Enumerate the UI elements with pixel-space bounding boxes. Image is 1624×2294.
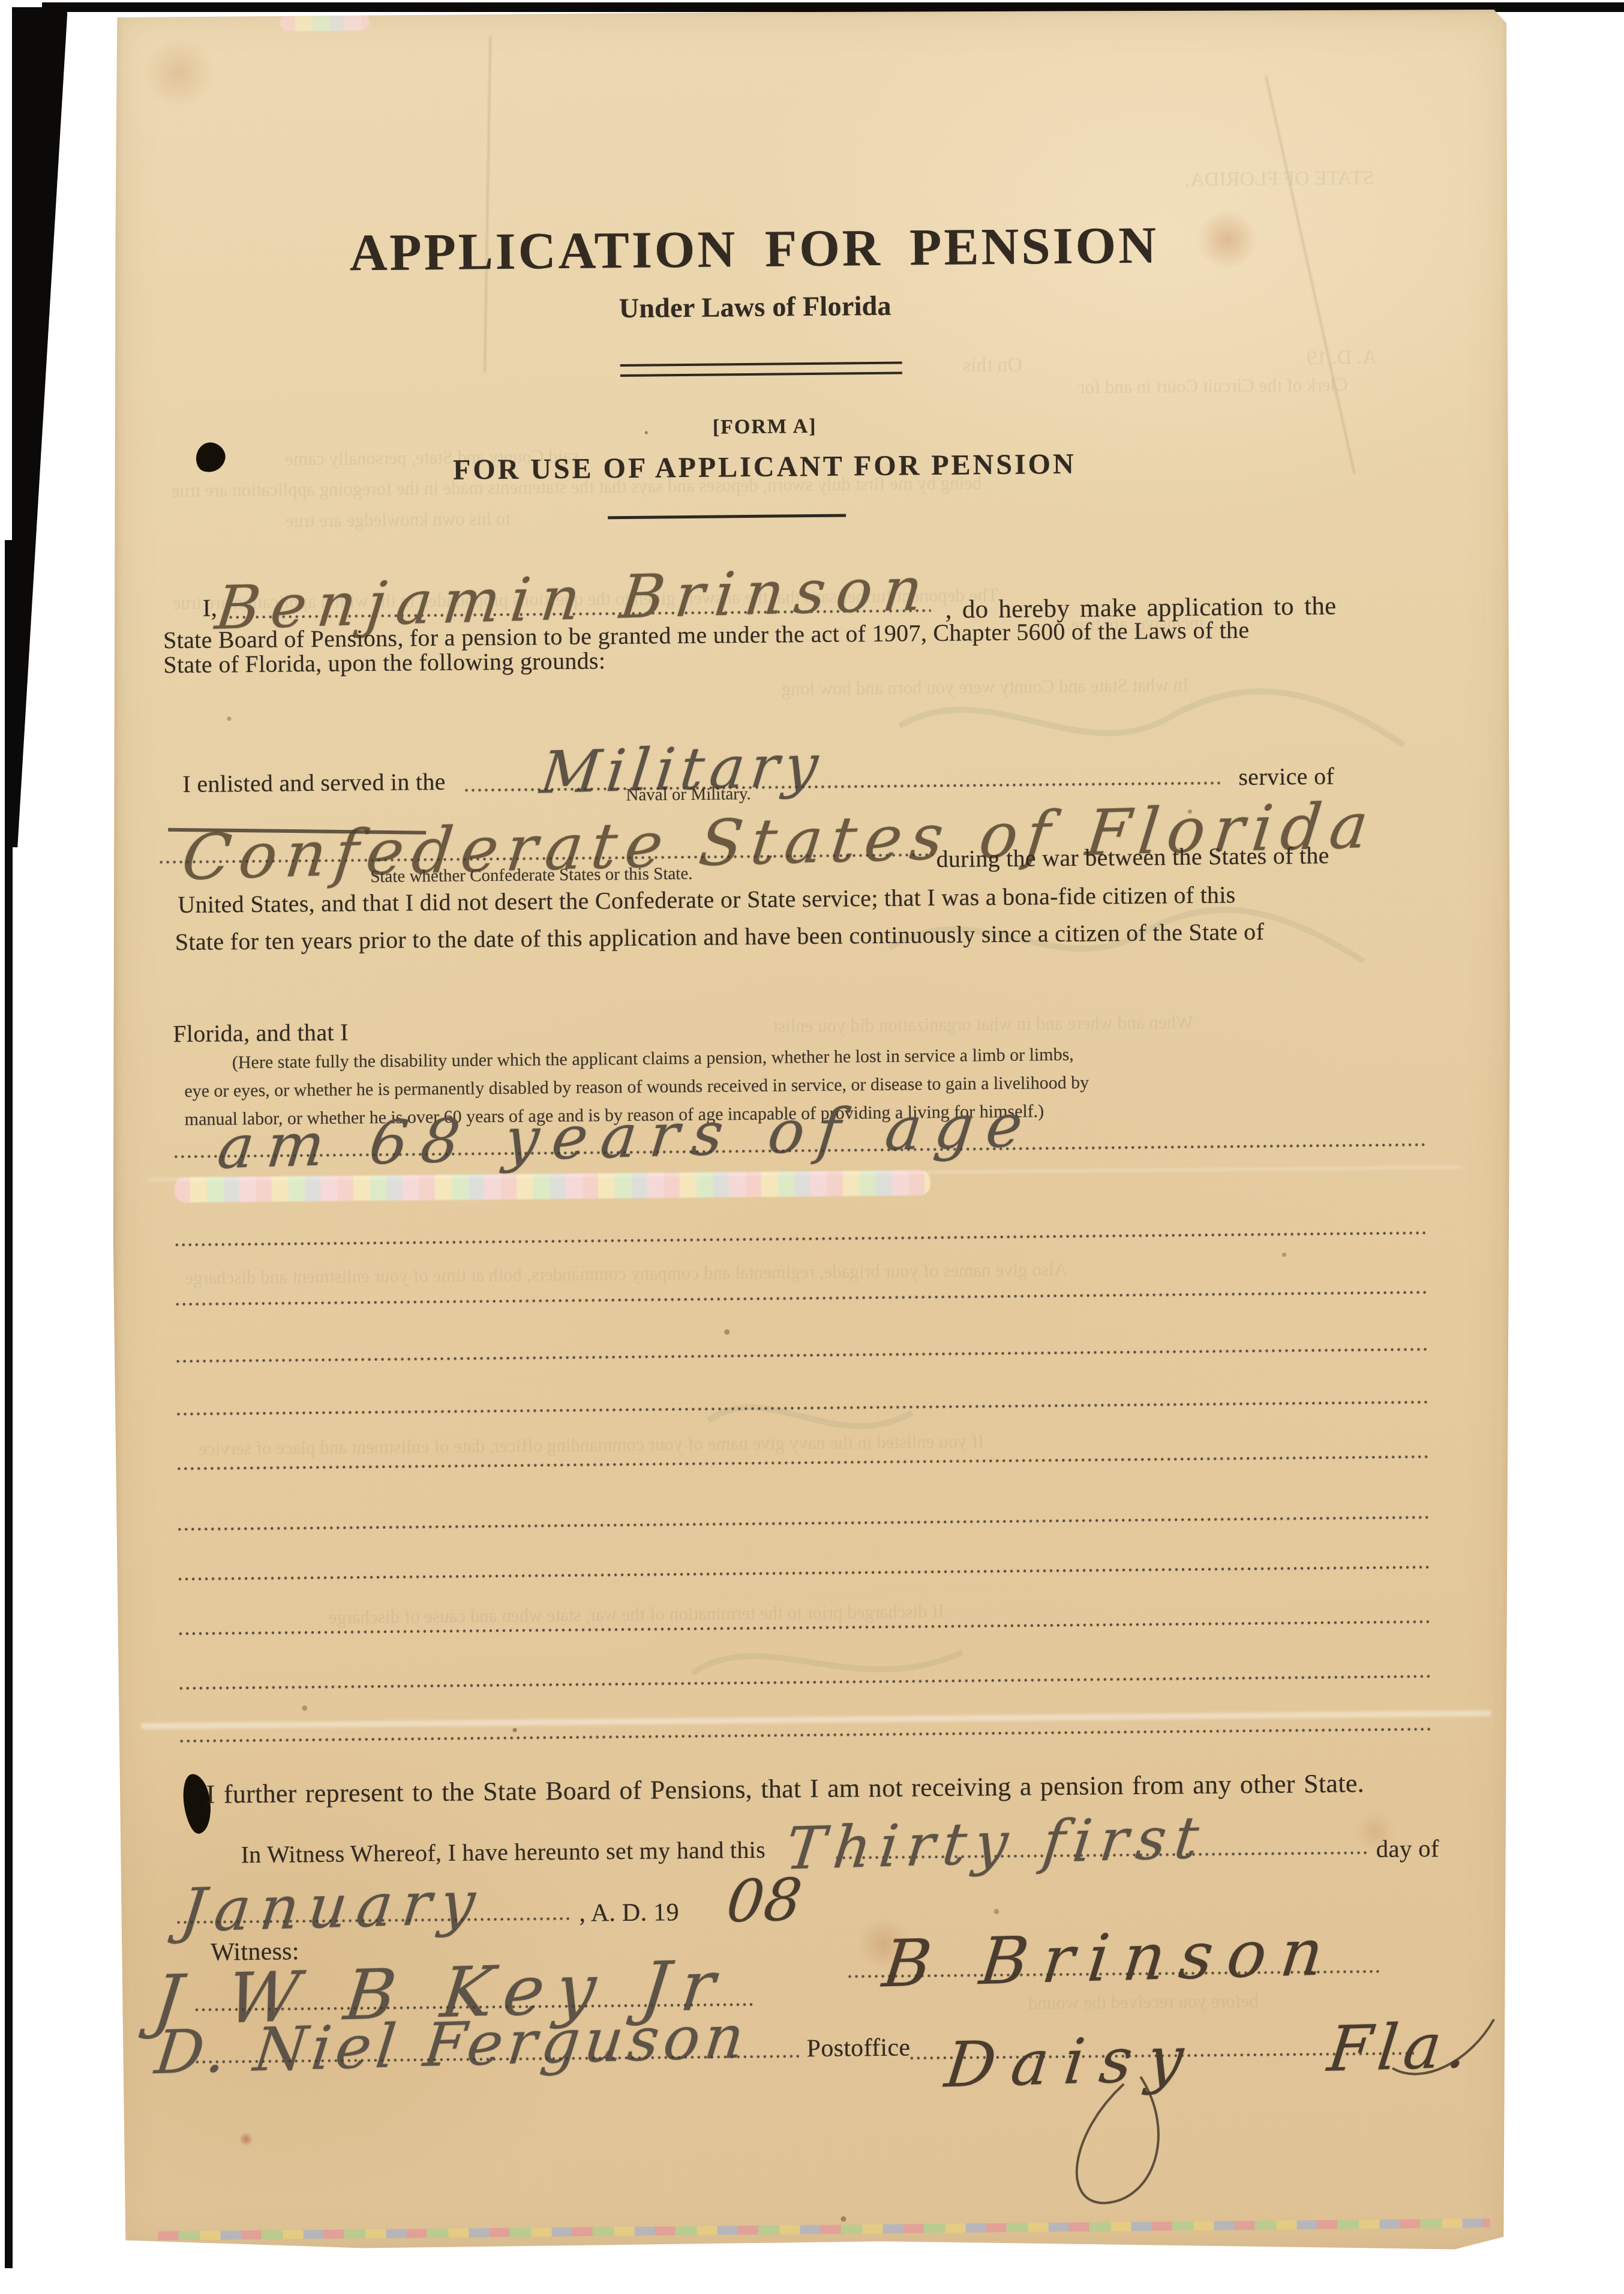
body-line-3: Florida, and that I bbox=[173, 1018, 349, 1048]
blank-dotted-line bbox=[180, 1727, 1434, 1743]
blank-dotted-line bbox=[176, 1290, 1430, 1306]
day-handwriting: Thirty first bbox=[782, 1804, 1211, 1883]
scan-edge-left-line bbox=[5, 540, 13, 2268]
blank-dotted-line bbox=[178, 1515, 1431, 1531]
page-title: APPLICATION FOR PENSION bbox=[274, 214, 1234, 283]
paper-specks bbox=[645, 431, 648, 434]
double-rule bbox=[620, 361, 902, 377]
page-subtitle: Under Laws of Florida bbox=[275, 286, 1235, 327]
branch-caption: Naval or Military. bbox=[589, 784, 787, 805]
ghost-circuit-court: Clerk of the Circuit Court in and for bbox=[1079, 374, 1348, 398]
postoffice-state-handwriting: Fla. bbox=[1325, 2008, 1478, 2086]
ghost-brigade-commanders: Also give names of your brigade, regimen… bbox=[185, 1259, 1067, 1289]
scan-glint-top bbox=[280, 14, 370, 31]
ink-blot-left-margin bbox=[193, 440, 228, 476]
ghost-where-born: In what State and County were you born a… bbox=[782, 674, 1189, 700]
page-content: STATE OF FLORIDA, On this A. D. 19 Clerk… bbox=[101, 3, 1521, 2259]
further-statement: I further represent to the State Board o… bbox=[206, 1768, 1364, 1810]
ghost-ad-19: A. D. 19 bbox=[1306, 346, 1376, 370]
heading-rule bbox=[608, 514, 846, 519]
crease-line-2 bbox=[141, 1710, 1491, 1729]
ad-label: , A. D. 19 bbox=[579, 1898, 679, 1928]
witness-clause-pre: In Witness Whereof, I have hereunto set … bbox=[241, 1836, 766, 1869]
month-handwriting: January bbox=[177, 1867, 488, 1946]
scan-edge-left-wedge bbox=[12, 7, 67, 847]
enlisted-pre: I enlisted and served in the bbox=[182, 767, 446, 798]
stain-top-right bbox=[1197, 209, 1257, 270]
blank-dotted-line bbox=[176, 1347, 1430, 1363]
stain-right bbox=[1354, 1810, 1397, 1853]
year-handwriting: 08 bbox=[724, 1866, 806, 1935]
deckle-edge-rainbow bbox=[158, 2218, 1490, 2240]
enlisted-post: service of bbox=[1238, 762, 1334, 791]
ghost-state-of-florida: STATE OF FLORIDA, bbox=[1185, 167, 1374, 191]
answer-dotted-line-2 bbox=[175, 1231, 1426, 1247]
ghost-discharged-prior: If discharged prior to the termination o… bbox=[329, 1601, 945, 1629]
stain-dot-bottom-left bbox=[239, 2132, 253, 2146]
ghost-own-knowledge: to his own knowledge are true bbox=[286, 508, 511, 532]
service-post: during the war between the States of the bbox=[936, 841, 1329, 873]
form-label: [FORM A] bbox=[279, 411, 1251, 443]
blank-dotted-line bbox=[179, 1674, 1433, 1690]
body-line-2: State for ten years prior to the date of… bbox=[175, 917, 1265, 956]
ghost-organization-enlist: When and where and in what organization … bbox=[773, 1012, 1193, 1037]
blank-dotted-line bbox=[176, 1400, 1430, 1416]
ghost-navy-officer: If you enlisted in the navy give name of… bbox=[199, 1431, 984, 1460]
service-caption: State whether Confederate States or this… bbox=[274, 863, 790, 887]
stain-signature-area bbox=[857, 1917, 912, 1971]
paper-sheet: STATE OF FLORIDA, On this A. D. 19 Clerk… bbox=[112, 10, 1511, 2253]
opening-line-3: State of Florida, upon the following gro… bbox=[163, 646, 605, 679]
crease-line-4 bbox=[1265, 76, 1355, 474]
blank-dotted-line bbox=[178, 1565, 1432, 1581]
ghost-on-this: On this bbox=[963, 354, 1023, 377]
postoffice-value-handwriting: Daisy bbox=[942, 2022, 1203, 2102]
postoffice-label: Postoffice bbox=[806, 2033, 910, 2063]
stain-top-left bbox=[139, 39, 218, 106]
applicant-signature: B Brinson bbox=[879, 1915, 1341, 2002]
